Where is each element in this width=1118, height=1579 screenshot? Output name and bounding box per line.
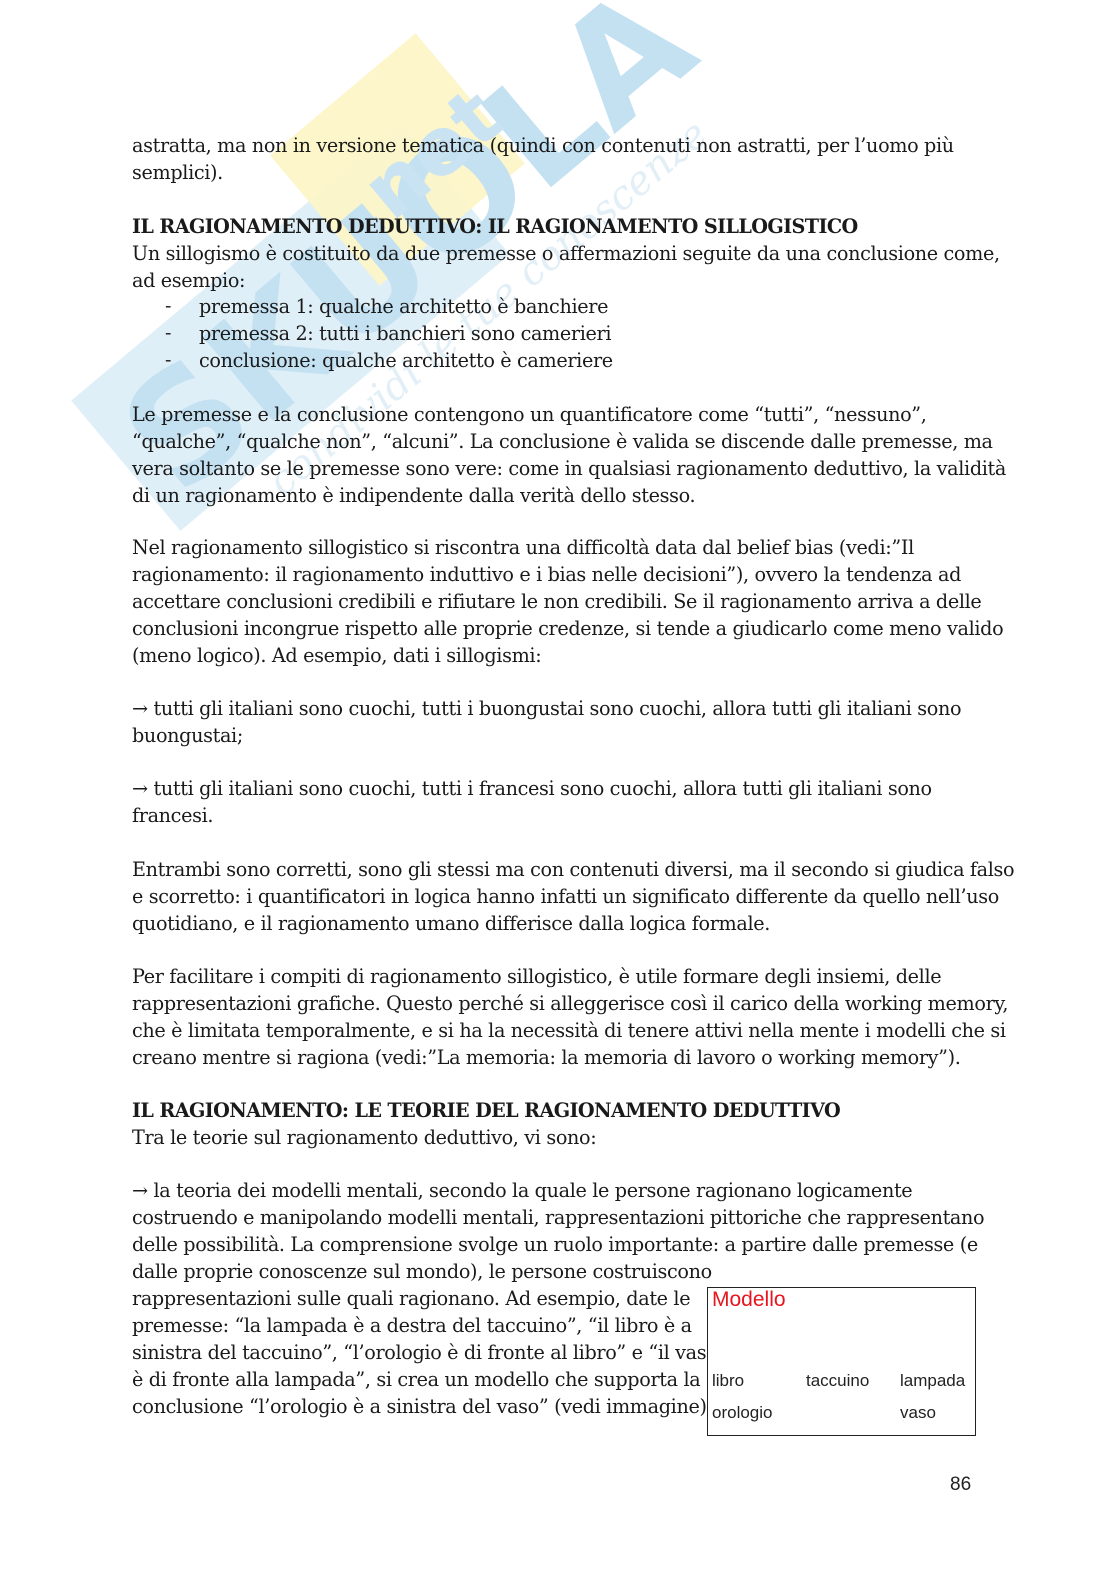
section-heading-sillogistico: IL RAGIONAMENTO DEDUTTIVO: IL RAGIONAMEN…: [132, 213, 858, 240]
figure-title: Modello: [712, 1288, 786, 1312]
body-line: accettare conclusioni credibili e rifiut…: [132, 588, 981, 615]
example-line: → tutti gli italiani sono cuochi, tutti …: [132, 695, 961, 722]
body-line: creano mentre si ragiona (vedi:”La memor…: [132, 1044, 961, 1071]
figure-label-lampada: lampada: [900, 1371, 965, 1391]
list-bullet: -: [165, 320, 171, 347]
body-line: Un sillogismo è costituito da due premes…: [132, 240, 1000, 267]
body-line: è di fronte alla lampada”, si crea un mo…: [132, 1366, 700, 1393]
body-line: sinistra del taccuino”, “l’orologio è di…: [132, 1339, 717, 1366]
body-line: rappresentazioni sulle quali ragionano. …: [132, 1285, 690, 1312]
list-item: premessa 1: qualche architetto è banchie…: [199, 293, 608, 320]
figure-label-libro: libro: [712, 1371, 744, 1391]
page-number: 86: [950, 1474, 971, 1496]
mental-model-figure: Modello libro taccuino lampada orologio …: [707, 1287, 976, 1436]
body-line: delle possibilità. La comprensione svolg…: [132, 1231, 978, 1258]
figure-label-orologio: orologio: [712, 1403, 773, 1423]
figure-label-taccuino: taccuino: [806, 1371, 869, 1391]
body-line: Le premesse e la conclusione contengono …: [132, 401, 927, 428]
body-line: ad esempio:: [132, 267, 245, 294]
body-line: astratta, ma non in versione tematica (q…: [132, 132, 954, 159]
body-line: quotidiano, e il ragionamento umano diff…: [132, 910, 770, 937]
body-line: che è limitata temporalmente, e si ha la…: [132, 1017, 1006, 1044]
body-line: Nel ragionamento sillogistico si riscont…: [132, 534, 914, 561]
list-bullet: -: [165, 293, 171, 320]
example-line: buongustai;: [132, 722, 243, 749]
body-line: (meno logico). Ad esempio, dati i sillog…: [132, 642, 541, 669]
example-line: francesi.: [132, 802, 213, 829]
body-line: semplici).: [132, 159, 223, 186]
body-line: ragionamento: il ragionamento induttivo …: [132, 561, 961, 588]
document-page: SKUOLA .net condividi le tue conoscenze …: [0, 0, 1118, 1579]
body-line: e scorretto: i quantificatori in logica …: [132, 883, 999, 910]
list-item: conclusione: qualche architetto è cameri…: [199, 347, 613, 374]
example-line: → tutti gli italiani sono cuochi, tutti …: [132, 775, 932, 802]
body-line: dalle proprie conoscenze sul mondo), le …: [132, 1258, 712, 1285]
body-line: Per facilitare i compiti di ragionamento…: [132, 963, 941, 990]
body-line: Tra le teorie sul ragionamento deduttivo…: [132, 1124, 596, 1151]
body-line: conclusioni incongrue rispetto alle prop…: [132, 615, 1003, 642]
body-line: costruendo e manipolando modelli mentali…: [132, 1204, 984, 1231]
figure-label-vaso: vaso: [900, 1403, 936, 1423]
section-heading-teorie: IL RAGIONAMENTO: LE TEORIE DEL RAGIONAME…: [132, 1097, 840, 1124]
list-bullet: -: [165, 347, 171, 374]
body-line: vera soltanto se le premesse sono vere: …: [132, 455, 1006, 482]
body-line: → la teoria dei modelli mentali, secondo…: [132, 1177, 912, 1204]
list-item: premessa 2: tutti i banchieri sono camer…: [199, 320, 611, 347]
body-line: “qualche”, “qualche non”, “alcuni”. La c…: [132, 428, 993, 455]
body-line: di un ragionamento è indipendente dalla …: [132, 482, 695, 509]
body-line: rappresentazioni grafiche. Questo perché…: [132, 990, 1008, 1017]
body-line: premesse: “la lampada è a destra del tac…: [132, 1312, 692, 1339]
body-line: conclusione “l’orologio è a sinistra del…: [132, 1393, 712, 1420]
body-line: Entrambi sono corretti, sono gli stessi …: [132, 856, 1014, 883]
